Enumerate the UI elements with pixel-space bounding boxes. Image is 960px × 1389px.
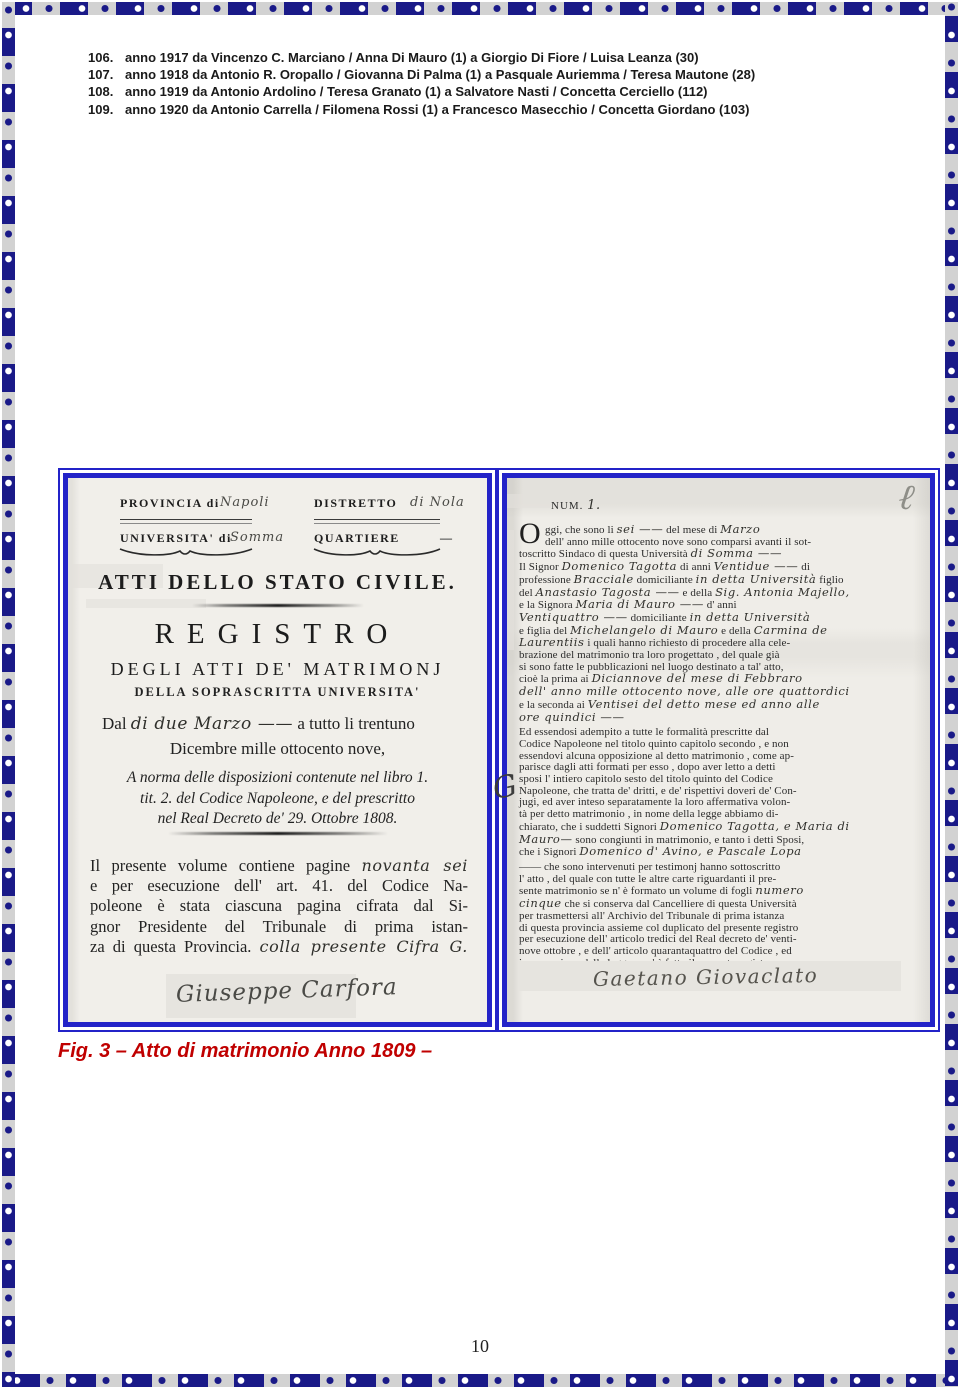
signature-gaetano: Gaetano Giovaclato: [593, 963, 819, 991]
text-line: za di questa Provincia. colla presente C…: [90, 937, 468, 957]
list-item-text: anno 1920 da Antonio Carrella / Filomena…: [125, 102, 749, 117]
decorative-border-right: [945, 2, 958, 1387]
pencil-flourish: ℓ: [896, 475, 917, 519]
provincia-handwritten-value: Napoli: [220, 495, 270, 510]
doc-title-atti: ATTI DELLO STATO CIVILE.: [68, 570, 487, 595]
figure-caption: Fig. 3 – Atto di matrimonio Anno 1809 –: [58, 1040, 432, 1063]
doc-title-universita: DELLA SOPRASCRITTA UNIVERSITA': [68, 685, 487, 700]
quartiere-label: QUARTIERE: [314, 531, 400, 546]
list-item-text: anno 1917 da Vincenzo C. Marciano / Anna…: [125, 50, 699, 65]
distretto-handwritten-value: di Nola: [410, 495, 465, 510]
doc-title-matrimonj: DEGLI ATTI DE' MATRIMONJ: [68, 659, 487, 680]
text-line: e per esecuzione dell' art. 41. del Codi…: [90, 876, 468, 896]
distretto-label: DISTRETTO: [314, 496, 397, 511]
num-label: NUM.: [551, 500, 583, 512]
text-line: nel Real Decreto de' 29. Ottobre 1808.: [68, 809, 487, 830]
scan-smudge: [86, 599, 206, 608]
list-item-number: 106.: [88, 49, 117, 66]
list-item-number: 107.: [88, 66, 117, 83]
figure-group: PROVINCIA di Napoli DISTRETTO di Nola UN…: [58, 468, 940, 1032]
scan-smudge: [507, 530, 514, 650]
text-line: A norma delle disposizioni contenute nel…: [68, 768, 487, 789]
text-line: Il presente volume contiene pagine novan…: [90, 856, 468, 876]
record-list: 106.anno 1917 da Vincenzo C. Marciano / …: [88, 49, 755, 118]
provincia-label: PROVINCIA di: [120, 496, 220, 511]
header-rule: [314, 519, 440, 524]
swash-ornament: [118, 546, 254, 558]
figure-right-marriage-act: ℓ NUM. 1. O ggi, che sono li sei —— del …: [497, 468, 940, 1032]
list-item: 106.anno 1917 da Vincenzo C. Marciano / …: [88, 49, 755, 66]
decorative-border-left: [2, 2, 15, 1387]
document-page: 106.anno 1917 da Vincenzo C. Marciano / …: [0, 0, 960, 1389]
right-scan-page: ℓ NUM. 1. O ggi, che sono li sei —— del …: [502, 473, 935, 1027]
text-line: ore quindici ——: [519, 712, 919, 725]
text-line: l' atto , del quale con tutte le altre c…: [519, 874, 919, 886]
swash-ornament: [312, 546, 442, 558]
list-item-number: 109.: [88, 101, 117, 118]
text-line: chiarato, che i suddetti Signori Domenic…: [519, 821, 919, 834]
universita-handwritten-value: Somma: [230, 530, 284, 545]
decorative-border-bottom: [2, 1374, 958, 1387]
figure-left-register-cover: PROVINCIA di Napoli DISTRETTO di Nola UN…: [58, 468, 497, 1032]
dal-line: Dal di due Marzo —— a tutto li trentuno: [102, 714, 415, 734]
list-item-text: anno 1918 da Antonio R. Oropallo / Giova…: [125, 67, 755, 82]
doc-title-registro: REGISTRO: [68, 618, 487, 651]
quartiere-dash: —: [440, 531, 454, 546]
universita-label: UNIVERSITA' di: [120, 531, 232, 546]
left-scan-page: PROVINCIA di Napoli DISTRETTO di Nola UN…: [63, 473, 492, 1027]
act-body-text: ggi, che sono li sei —— del mese di Marz…: [519, 524, 919, 969]
volume-paragraph: Il presente volume contiene pagine novan…: [90, 856, 468, 957]
page-number: 10: [0, 1336, 960, 1357]
text-line: tit. 2. del Codice Napoleone, e del pres…: [68, 789, 487, 810]
text-line: che i Signori Domenico d' Avino, e Pasca…: [519, 846, 919, 859]
decorative-border-top: [2, 2, 958, 15]
text-line: gnor Presidente del Tribunale di prima i…: [90, 917, 468, 937]
norma-paragraph: A norma delle disposizioni contenute nel…: [68, 768, 487, 830]
ornament-rule: [168, 832, 388, 835]
text-line: sente matrimonio se n' è formato un volu…: [519, 885, 919, 898]
list-item-text: anno 1919 da Antonio Ardolino / Teresa G…: [125, 84, 708, 99]
list-item: 109.anno 1920 da Antonio Carrella / Filo…: [88, 101, 755, 118]
text-line: poleone è stata ciascuna pagina cifrata …: [90, 896, 468, 916]
dicembre-line: Dicembre mille ottocento nove,: [68, 739, 487, 759]
ornament-rule: [192, 604, 364, 607]
num-row: NUM. 1.: [551, 498, 601, 513]
list-item-number: 108.: [88, 83, 117, 100]
header-rule: [120, 519, 252, 524]
list-item: 107.anno 1918 da Antonio R. Oropallo / G…: [88, 66, 755, 83]
list-item: 108.anno 1919 da Antonio Ardolino / Tere…: [88, 83, 755, 100]
num-handwritten-value: 1.: [587, 498, 601, 513]
text-line: Dal di due Marzo —— a tutto li trentuno: [102, 714, 415, 734]
